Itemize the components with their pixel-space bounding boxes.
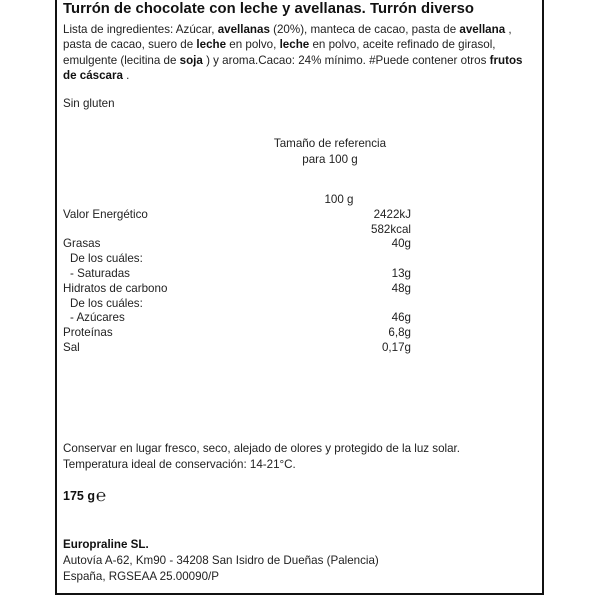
ingredients-text: en polvo, bbox=[226, 38, 280, 51]
nutrient-label: De los cuáles: bbox=[70, 297, 143, 312]
manufacturer-registry: España, RGSEAA 25.00090/P bbox=[63, 569, 379, 585]
allergen-highlight: avellanas bbox=[218, 23, 270, 36]
net-weight-value: 175 g bbox=[63, 489, 95, 503]
allergen-highlight: avellana bbox=[459, 23, 505, 36]
nutrient-label: Hidratos de carbono bbox=[63, 282, 167, 297]
ingredients-text: . bbox=[123, 69, 129, 82]
storage-line-2: Temperatura ideal de conservación: 14-21… bbox=[63, 457, 460, 473]
gluten-free-claim: Sin gluten bbox=[63, 97, 115, 110]
nutrient-value: 0,17g bbox=[291, 341, 411, 356]
nutrient-value: 40g bbox=[291, 237, 411, 252]
ingredients-text: Lista de ingredientes: Azúcar, bbox=[63, 23, 218, 36]
nutrient-value: 48g bbox=[291, 282, 411, 297]
ingredients-list: Lista de ingredientes: Azúcar, avellanas… bbox=[63, 22, 533, 83]
nutrition-column-header: 100 g bbox=[299, 193, 379, 208]
storage-line-1: Conservar en lugar fresco, seco, alejado… bbox=[63, 441, 460, 457]
storage-instructions: Conservar en lugar fresco, seco, alejado… bbox=[63, 441, 460, 473]
net-weight: 175 g℮ bbox=[63, 486, 106, 506]
nutrient-label: Grasas bbox=[63, 237, 100, 252]
nutrient-label: Sal bbox=[63, 341, 80, 356]
allergen-highlight: soja bbox=[180, 54, 203, 67]
manufacturer-address: Autovía A-62, Km90 - 34208 San Isidro de… bbox=[63, 553, 379, 569]
reference-line-1: Tamaño de referencia bbox=[265, 136, 395, 152]
nutrient-value: 13g bbox=[291, 267, 411, 282]
nutrient-label: Proteínas bbox=[63, 326, 113, 341]
product-title: Turrón de chocolate con leche y avellana… bbox=[63, 1, 474, 17]
nutrient-value: 582kcal bbox=[291, 223, 411, 238]
nutrient-value: 46g bbox=[291, 311, 411, 326]
nutrient-value: 6,8g bbox=[291, 326, 411, 341]
nutrition-reference-header: Tamaño de referencia para 100 g bbox=[265, 136, 395, 168]
nutrient-value: 2422kJ bbox=[291, 208, 411, 223]
allergen-highlight: leche bbox=[196, 38, 226, 51]
nutrient-label: De los cuáles: bbox=[70, 252, 143, 267]
reference-line-2: para 100 g bbox=[265, 152, 395, 168]
manufacturer-name: Europraline SL. bbox=[63, 537, 379, 553]
nutrient-label: - Azúcares bbox=[70, 311, 125, 326]
nutrient-label: Valor Energético bbox=[63, 208, 148, 223]
nutrient-label: - Saturadas bbox=[70, 267, 130, 282]
manufacturer-info: Europraline SL. Autovía A-62, Km90 - 342… bbox=[63, 537, 379, 585]
ingredients-text: ) y aroma.Cacao: 24% mínimo. #Puede cont… bbox=[203, 54, 490, 67]
allergen-highlight: leche bbox=[280, 38, 310, 51]
ingredients-text: (20%), manteca de cacao, pasta de bbox=[270, 23, 459, 36]
estimated-sign-icon: ℮ bbox=[96, 486, 106, 506]
